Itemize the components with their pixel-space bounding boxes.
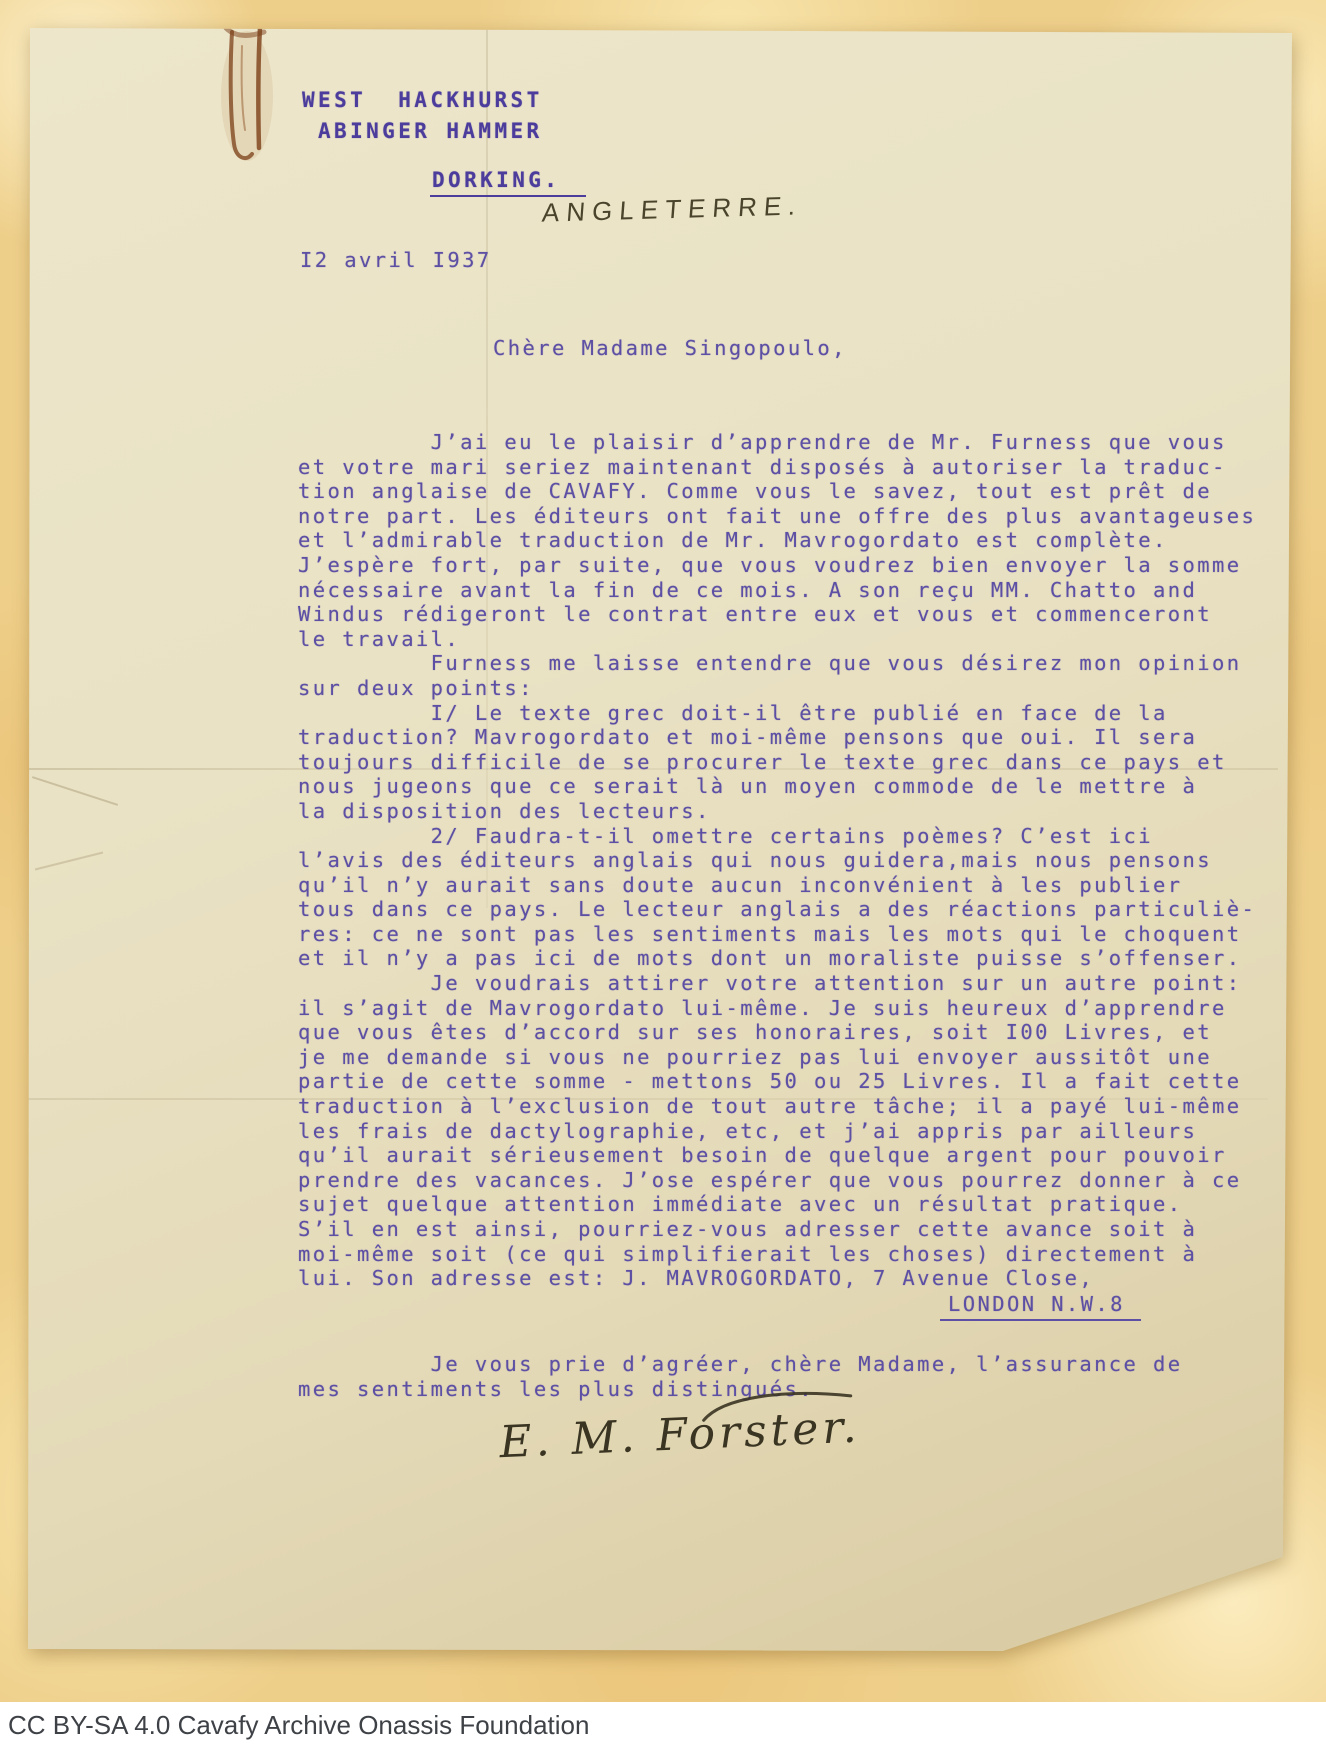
letter-body: J’ai eu le plaisir d’apprendre de Mr. Fu… [298, 430, 1256, 1291]
typed-line: J’espère fort, par suite, que vous voudr… [298, 553, 1256, 578]
typed-line: Windus rédigeront le contrat entre eux e… [298, 602, 1256, 627]
typed-line: res: ce ne sont pas les sentiments mais … [298, 922, 1256, 947]
typed-line: tion anglaise de CAVAFY. Comme vous le s… [298, 479, 1256, 504]
typed-line: la disposition des lecteurs. [298, 799, 1256, 824]
typed-line: les frais de dactylographie, etc, et j’a… [298, 1119, 1256, 1144]
typed-line: toujours difficile de se procurer le tex… [298, 750, 1256, 775]
license-text: CC BY-SA 4.0 Cavafy Archive Onassis Foun… [8, 1710, 589, 1741]
typed-line: qu’il n’y aurait sans doute aucun inconv… [298, 873, 1256, 898]
typed-line: 2/ Faudra-t-il omettre certains poèmes? … [298, 824, 1256, 849]
typed-line: et l’admirable traduction de Mr. Mavrogo… [298, 528, 1256, 553]
typed-line: lui. Son adresse est: J. MAVROGORDATO, 7… [298, 1266, 1256, 1291]
typed-line: il s’agit de Mavrogordato lui-même. Je s… [298, 996, 1256, 1021]
license-bar: CC BY-SA 4.0 Cavafy Archive Onassis Foun… [0, 1702, 1326, 1748]
date-line: I2 avril I937 [300, 248, 492, 273]
typed-line: notre part. Les éditeurs ont fait une of… [298, 504, 1256, 529]
paperclip-rust-mark [212, 26, 282, 176]
sender-stamp-line3-underlined: DORKING. [430, 168, 586, 197]
typed-line: traduction? Mavrogordato et moi-même pen… [298, 725, 1256, 750]
typed-line: I/ Le texte grec doit-il être publié en … [298, 701, 1256, 726]
edge-wrinkle [32, 776, 118, 806]
typed-line: moi-même soit (ce qui simplifierait les … [298, 1242, 1256, 1267]
paper-wrapper: WEST HACKHURST ABINGER HAMMER DORKING. A… [0, 0, 1326, 1702]
sender-stamp-line1: WEST HACKHURST [302, 88, 543, 112]
typed-line: l’avis des éditeurs anglais qui nous gui… [298, 848, 1256, 873]
letter-page: WEST HACKHURST ABINGER HAMMER DORKING. A… [0, 0, 1326, 1702]
typed-line: nous jugeons que ce serait là un moyen c… [298, 774, 1256, 799]
edge-wrinkle [35, 852, 103, 871]
address-line-underlined: LONDON N.W.8 [940, 1292, 1141, 1321]
typed-line: Furness me laisse entendre que vous dési… [298, 651, 1256, 676]
typed-line: je me demande si vous ne pourriez pas lu… [298, 1045, 1256, 1070]
typed-line: nécessaire avant la fin de ce mois. A so… [298, 578, 1256, 603]
typed-line: Je vous prie d’agréer, chère Madame, l’a… [298, 1352, 1183, 1377]
typed-line: partie de cette somme - mettons 50 ou 25… [298, 1069, 1256, 1094]
signature-block: E. M. Forster. [453, 1383, 878, 1521]
typed-line: qu’il aurait sérieusement besoin de quel… [298, 1143, 1256, 1168]
typed-line: sur deux points: [298, 676, 1256, 701]
typed-line: et il n’y a pas ici de mots dont un mora… [298, 946, 1256, 971]
typed-line: sujet quelque attention immédiate avec u… [298, 1192, 1256, 1217]
typed-line: S’il en est ainsi, pourriez-vous adresse… [298, 1217, 1256, 1242]
typed-line: Je voudrais attirer votre attention sur … [298, 971, 1256, 996]
typed-line: tous dans ce pays. Le lecteur anglais a … [298, 897, 1256, 922]
typed-line: et votre mari seriez maintenant disposés… [298, 455, 1256, 480]
typed-line: prendre des vacances. J’ose espérer que … [298, 1168, 1256, 1193]
typed-line: J’ai eu le plaisir d’apprendre de Mr. Fu… [298, 430, 1256, 455]
typed-line: le travail. [298, 627, 1256, 652]
sender-stamp-line2: ABINGER HAMMER [318, 119, 543, 143]
salutation: Chère Madame Singopoulo, [493, 336, 847, 361]
typed-line: traduction à l’exclusion de tout autre t… [298, 1094, 1256, 1119]
scanned-letter-view: WEST HACKHURST ABINGER HAMMER DORKING. A… [0, 0, 1326, 1748]
handwritten-country-annotation: ANGLETERRE. [541, 190, 804, 228]
typed-line: que vous êtes d’accord sur ses honoraire… [298, 1020, 1256, 1045]
